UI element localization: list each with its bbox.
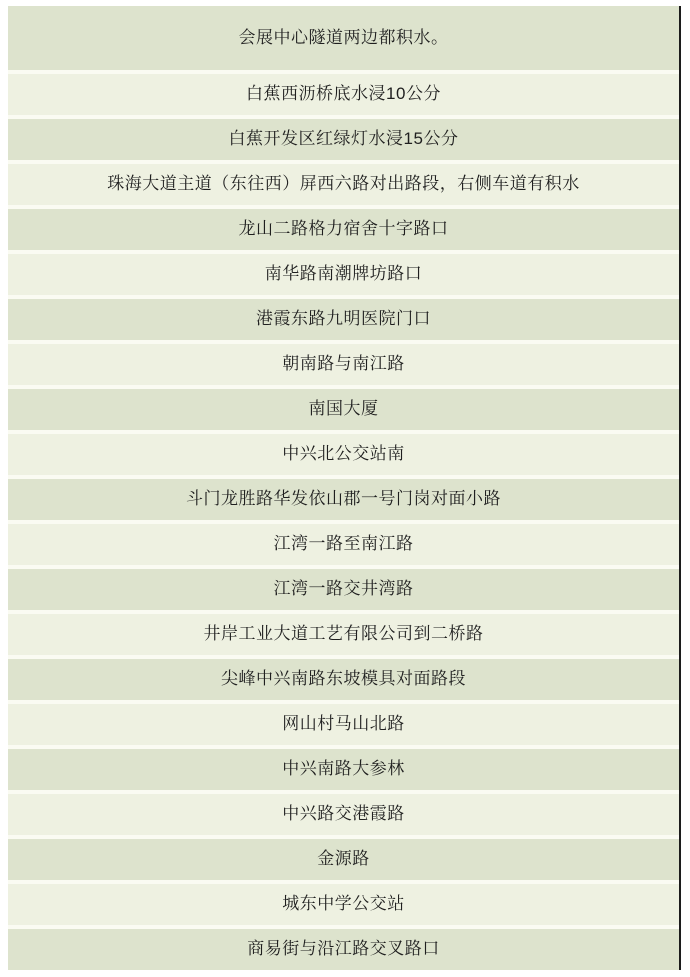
table-row: 南国大厦 [8,389,679,430]
table-row: 南华路南潮牌坊路口 [8,254,679,295]
table-row: 城东中学公交站 [8,884,679,925]
row-text: 商易街与沿江路交叉路口 [237,938,450,960]
row-text: 井岸工业大道工艺有限公司到二桥路 [194,623,494,645]
row-text: 白蕉西沥桥底水浸10公分 [236,83,451,105]
table-row: 斗门龙胜路华发依山郡一号门岗对面小路 [8,479,679,520]
table-row: 珠海大道主道（东往西）屏西六路对出路段，右侧车道有积水 [8,164,679,205]
row-text: 斗门龙胜路华发依山郡一号门岗对面小路 [176,488,511,510]
row-text: 江湾一路交井湾路 [264,578,424,600]
row-text: 江湾一路至南江路 [264,533,424,555]
row-text: 南华路南潮牌坊路口 [255,263,433,285]
table-row: 井岸工业大道工艺有限公司到二桥路 [8,614,679,655]
page: 会展中心隧道两边都积水。 白蕉西沥桥底水浸10公分 白蕉开发区红绿灯水浸15公分… [0,0,690,977]
row-text: 中兴北公交站南 [272,443,415,465]
flood-locations-table: 会展中心隧道两边都积水。 白蕉西沥桥底水浸10公分 白蕉开发区红绿灯水浸15公分… [8,6,681,970]
row-text: 珠海大道主道（东往西）屏西六路对出路段，右侧车道有积水 [97,173,590,195]
table-row: 商易街与沿江路交叉路口 [8,929,679,970]
row-text: 会展中心隧道两边都积水。 [229,27,459,49]
table-row: 网山村马山北路 [8,704,679,745]
table-row: 江湾一路至南江路 [8,524,679,565]
table-row: 尖峰中兴南路东坡模具对面路段 [8,659,679,700]
table-row: 港霞东路九明医院门口 [8,299,679,340]
row-text: 港霞东路九明医院门口 [246,308,441,330]
row-text: 白蕉开发区红绿灯水浸15公分 [219,128,469,150]
row-text: 南国大厦 [299,398,389,420]
table-row: 金源路 [8,839,679,880]
row-text: 中兴路交港霞路 [272,803,415,825]
table-row: 白蕉西沥桥底水浸10公分 [8,74,679,115]
table-row: 中兴路交港霞路 [8,794,679,835]
row-text: 中兴南路大参林 [272,758,415,780]
row-text: 尖峰中兴南路东坡模具对面路段 [211,668,476,690]
row-text: 网山村马山北路 [272,713,415,735]
row-text: 朝南路与南江路 [272,353,415,375]
table-row: 江湾一路交井湾路 [8,569,679,610]
row-text: 龙山二路格力宿舍十字路口 [229,218,459,240]
table-row: 中兴北公交站南 [8,434,679,475]
row-text: 金源路 [307,848,380,870]
table-row: 中兴南路大参林 [8,749,679,790]
table-row: 白蕉开发区红绿灯水浸15公分 [8,119,679,160]
table-row: 朝南路与南江路 [8,344,679,385]
table-row: 会展中心隧道两边都积水。 [8,6,679,70]
table-row: 龙山二路格力宿舍十字路口 [8,209,679,250]
row-text: 城东中学公交站 [272,893,415,915]
